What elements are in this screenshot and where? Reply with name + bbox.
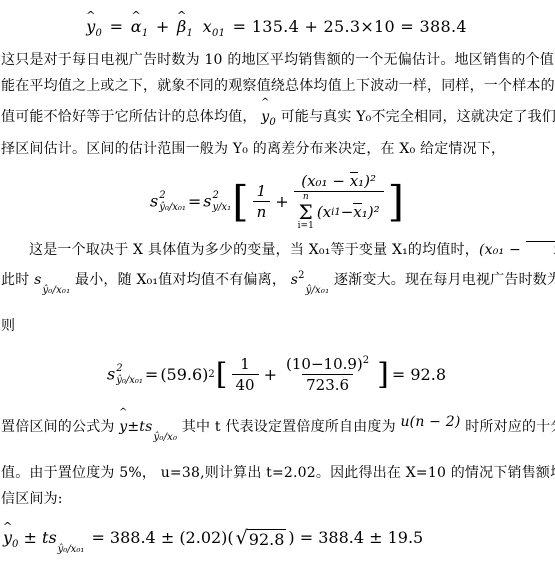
yhat-term: ^y (86, 17, 95, 36)
var-s: s (34, 272, 41, 288)
xbar-term: x (353, 203, 361, 221)
superscript: 2 (116, 363, 122, 375)
fraction-1-over-40: 140 (232, 355, 259, 394)
fraction-1-over-n: 1n (253, 182, 271, 221)
sup-sub-stack: 2ŷ₀/x₀₁ (159, 190, 186, 214)
paragraph-confidence-interval: 置倍区间的公式为 ^y±tsŷ₀/x₀ 其中 t 代表设定置倍度所自由度为 u(… (1, 404, 554, 512)
text-segment: (x (317, 203, 331, 221)
plus-sign: + (154, 17, 172, 36)
var-x: x (203, 17, 212, 36)
plus-sign: + (262, 365, 279, 384)
betahat-term: ^β (177, 17, 187, 36)
subscript: i1 (331, 207, 341, 218)
degrees-of-freedom-term: u(n − 2) (400, 414, 460, 430)
superscript: 2 (159, 190, 165, 202)
subscript: 1 (187, 28, 194, 39)
superscript: 2 (208, 369, 214, 380)
superscript: 2 (363, 355, 369, 366)
minus-sign: − (341, 203, 354, 221)
text-segment: (10−10.9) (286, 355, 363, 373)
subscript: y/x₁ (213, 202, 232, 214)
var-ts: ts (42, 528, 57, 547)
fraction-deviation-numeric: (10−10.9)2 723.6 (282, 355, 373, 394)
var-y: y (261, 109, 269, 125)
var-s: s (107, 364, 115, 383)
hat-icon: ^ (119, 408, 128, 418)
numerator: (10−10.9)2 (282, 355, 373, 374)
text-line: 则 (1, 313, 554, 339)
sum-lower-limit: i=1 (298, 222, 314, 231)
text-segment: 时所对应的十分介 (461, 419, 555, 435)
denominator: 723.6 (302, 374, 353, 394)
numerator: 1 (236, 355, 254, 374)
sup-sub-stack: 2y/x₁ (213, 190, 232, 214)
display-formula-point-estimate: ^y0 = ^α1 + ^β1 x01 = 135.4 + 25.3×10 = … (1, 6, 554, 39)
yhat-term: ^y (119, 414, 127, 440)
yhat-term: ^y (3, 528, 12, 547)
s-squared-term: s2ŷ₀/x₀₁ (107, 363, 143, 387)
math-inline: (x₀₁ − (479, 242, 526, 258)
right-bracket: ] (377, 361, 389, 388)
hat-icon: ^ (131, 10, 141, 22)
left-bracket: [ (216, 361, 228, 388)
subscript: ŷ₀/x₀₁ (42, 285, 70, 296)
var-ts: ts (139, 419, 152, 435)
text-segment: 最小，随 X₀₁值对均值不有偏离， (70, 272, 290, 288)
display-formula-variance-numeric: s2ŷ₀/x₀₁ = (59.6)2 [ 140 + (10−10.9)2 72… (1, 355, 554, 394)
subscript: ŷ₀/x₀ (154, 432, 178, 443)
hat-icon: ^ (177, 10, 187, 22)
var-s: s (203, 191, 211, 210)
left-bracket: [ (232, 183, 248, 221)
var-s: s (150, 191, 158, 210)
denominator: n (253, 201, 271, 221)
hat-icon: ^ (86, 10, 96, 22)
numerator: (x₀₁ − x₁)² (297, 172, 380, 191)
text-segment: 这是一个取决于 X 具体值为多少的变量，当 X₀₁等于变量 X₁的均值时， (29, 242, 479, 258)
text-segment: ₁)² (358, 172, 376, 190)
subscript: ŷ₀/x₀₁ (58, 544, 85, 555)
denominator: 40 (232, 374, 259, 394)
text-line: 值可能不恰好等于它所估计的总体均值， ^y0 可能与真实 Y₀不完全相同，这就决… (1, 99, 554, 136)
text-segment: 逐渐变大。现在每月电视广告时数为 10。 (329, 272, 555, 288)
alphahat-term: ^α (131, 17, 142, 36)
hat-icon: ^ (3, 521, 13, 533)
text-line: 值。由于置位度为 5%， u=38,则计算出 t=2.02。因此得出在 X=10… (1, 460, 554, 486)
square-root-term: √92.8 (236, 529, 287, 549)
sigma-glyph: Σ (299, 202, 313, 222)
display-formula-variance: s2ŷ₀/x₀₁ = s2y/x₁ [ 1n + (x₀₁ − x₁)² nΣi… (1, 172, 554, 231)
var-s: s (291, 272, 298, 288)
denominator: nΣi=1 (xi1 − x₁)² (294, 191, 384, 231)
subscript: ŷ₀/x₀₁ (159, 202, 186, 214)
superscript: 2 (298, 270, 305, 281)
coefficient: (59.6) (160, 365, 208, 384)
text-line: 能在平均值之上或之下，就象不同的观察值绕总体均值上下波动一样，同样，一个样本的均 (1, 73, 554, 99)
numerator: 1 (253, 182, 271, 201)
superscript: 2 (213, 190, 219, 202)
text-line: 这是一个取决于 X 具体值为多少的变量，当 X₀₁等于变量 X₁的均值时，(x₀… (1, 237, 554, 263)
s-squared-term: s2y/x₁ (203, 190, 231, 214)
text-line: 置倍区间的公式为 ^y±tsŷ₀/x₀ 其中 t 代表设定置倍度所自由度为 u(… (1, 404, 554, 460)
text-segment: (x₀₁ − (301, 172, 349, 190)
text-segment: 其中 t 代表设定置倍度所自由度为 (177, 419, 400, 435)
equals-sign: = (108, 17, 126, 36)
plus-minus-sign: ± (127, 419, 139, 435)
sigma-sum-icon: nΣi=1 (298, 193, 314, 231)
equals-sign: = (186, 192, 203, 211)
text-segment: 值可能不恰好等于它所估计的总体均值， (1, 109, 261, 125)
paragraph-unbiased-estimate: 这只是对于每日电视广告时数为 10 的地区平均销售额的一个无偏估计。地区销售的个… (1, 47, 554, 162)
text-segment: ₁)² (362, 203, 380, 221)
formula-result: = 135.4 + 25.3×10 = 388.4 (231, 17, 469, 36)
formula-result: ) = 388.4 ± 19.5 (286, 528, 425, 547)
subscript: 0 (96, 28, 103, 39)
yhat-term: ^y (261, 104, 269, 130)
text-segment: 此时 (1, 272, 34, 288)
paragraph-variance-behavior: 这是一个取决于 X 具体值为多少的变量，当 X₀₁等于变量 X₁的均值时，(x₀… (1, 237, 554, 339)
xbar-term: x (526, 241, 555, 258)
equals-sign: = (143, 365, 160, 384)
radicand: 92.8 (247, 529, 287, 549)
subscript: 1 (142, 28, 149, 39)
xbar-term: x (350, 172, 358, 190)
text-segment: 可能与真实 Y₀不完全相同，这就决定了我们选 (276, 109, 555, 125)
subscript: ŷ₀/x₀₁ (116, 375, 143, 387)
hat-icon: ^ (261, 98, 270, 108)
subscript: 0 (12, 539, 18, 550)
formula-result: = 92.8 (390, 365, 448, 384)
var-y: y (119, 419, 127, 435)
text-segment: 置倍区间的公式为 (1, 419, 119, 435)
text-line: 择区间估计。区间的估计范围一般为 Y₀ 的离差分布来决定，在 X₀ 给定情况下， (1, 136, 554, 162)
subscript: ŷ/x₀₁ (306, 285, 330, 296)
text-segment: = 388.4 ± (2.02)( (89, 528, 235, 547)
plus-sign: + (273, 192, 290, 211)
text-line: 这只是对于每日电视广告时数为 10 的地区平均销售额的一个无偏估计。地区销售的个… (1, 47, 554, 73)
right-bracket: ] (388, 183, 404, 221)
display-formula-confidence-interval: ^y0 ± tsŷ₀/x₀₁ = 388.4 ± (2.02)(√92.8) =… (1, 512, 554, 555)
plus-minus-sign: ± (24, 528, 37, 547)
text-line: 信区间为: (1, 486, 554, 512)
text-line: 此时 sŷ₀/x₀₁ 最小，随 X₀₁值对均值不有偏离， s2ŷ/x₀₁ 逐渐变… (1, 263, 554, 313)
fraction-deviation: (x₀₁ − x₁)² nΣi=1 (xi1 − x₁)² (294, 172, 384, 231)
s-squared-term: s2ŷ₀/x₀₁ (150, 190, 186, 214)
document-page: ^y0 = ^α1 + ^β1 x01 = 135.4 + 25.3×10 = … (0, 0, 555, 555)
subscript: 01 (212, 28, 225, 39)
sup-sub-stack: 2ŷ₀/x₀₁ (116, 363, 143, 387)
